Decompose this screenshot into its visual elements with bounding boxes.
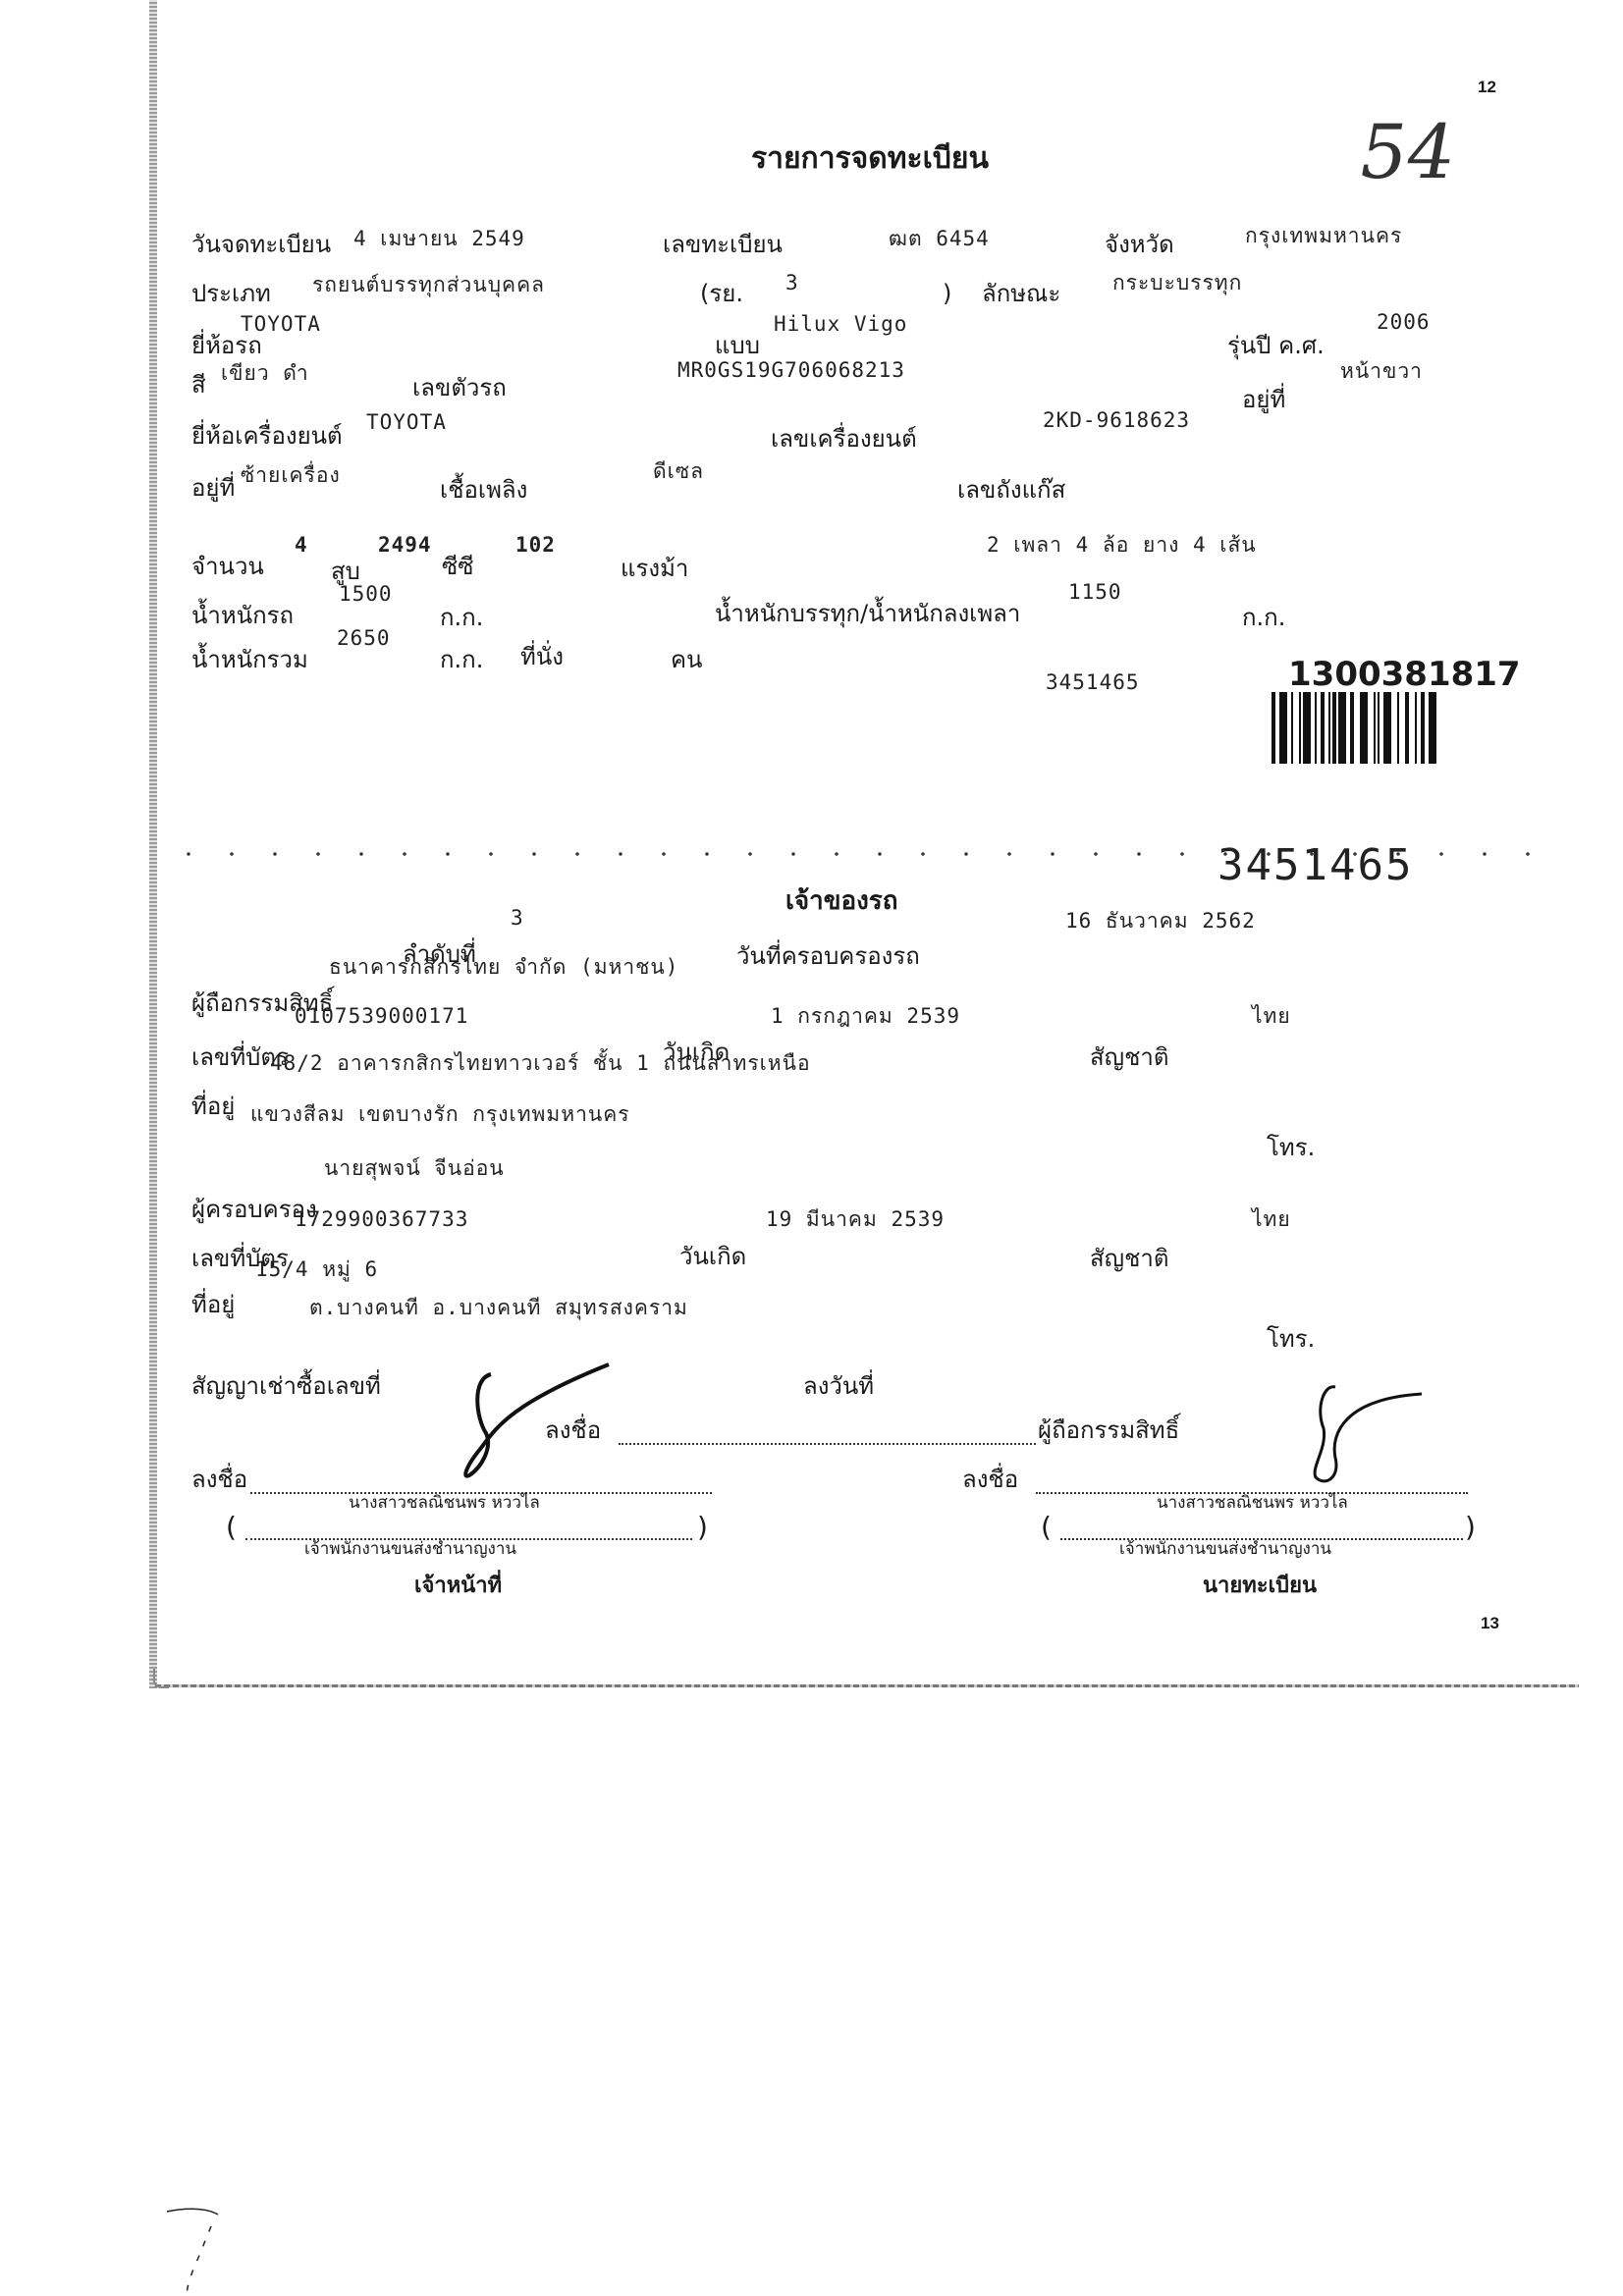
page-corner: [153, 1669, 169, 1688]
rights-holder-value: ธนาคารกสิกรไทย จำกัด (มหาชน): [329, 957, 678, 978]
barcode-bar: [1429, 692, 1436, 764]
gas-tank-label: เลขถังแก๊ส: [957, 478, 1065, 502]
contract-label: สัญญาเช่าซื้อเลขที่: [191, 1374, 381, 1398]
cc-value: 2494: [378, 535, 432, 556]
sign-label: ลงชื่อ: [545, 1418, 601, 1442]
stray-pen-mark: [157, 2199, 236, 2296]
barcode-bar: [1415, 692, 1417, 764]
cylinders-unit: สูบ: [331, 560, 360, 583]
cylinders-label: จำนวน: [191, 555, 264, 578]
barcode-bar: [1360, 692, 1368, 764]
barcode-bar: [1405, 692, 1409, 764]
barcode-bar: [1378, 692, 1380, 764]
officer-role: เจ้าหน้าที่: [414, 1575, 502, 1597]
order-value: 3: [511, 908, 524, 929]
ps-birth-value: 19 มีนาคม 2539: [766, 1209, 945, 1230]
barcode-bar: [1321, 692, 1325, 764]
rh-address-line2: แขวงสีลม เขตบางรัก กรุงเทพมหานคร: [250, 1104, 630, 1125]
sign-date-label: ลงวันที่: [803, 1374, 874, 1398]
officer-name: นางสาวชลณิชนพร หววไล: [349, 1495, 540, 1512]
rh-nationality-label: สัญชาติ: [1090, 1045, 1168, 1069]
engine-no-label: เลขเครื่องยนต์: [771, 427, 917, 451]
engine-brand-label: ยี่ห้อเครื่องยนต์: [191, 424, 343, 448]
serial-small: 3451465: [1046, 672, 1140, 693]
reg-no-label: เลขทะเบียน: [663, 233, 783, 256]
rh-address-line1: 48/2 อาคารกสิกรไทยทาวเวอร์ ชั้น 1 ถนนสาท…: [270, 1053, 811, 1074]
chassis-label: เลขตัวรถ: [412, 376, 507, 400]
possession-date-label: วันที่ครอบครองรถ: [736, 944, 920, 968]
barcode-bar: [1332, 692, 1336, 764]
model-value: Hilux Vigo: [774, 314, 907, 335]
weight-label: น้ำหนักรถ: [191, 604, 294, 627]
engine-no-value: 2KD-9618623: [1043, 410, 1190, 431]
engine-location-value: ซ้ายเครื่อง: [241, 465, 341, 486]
registrar-paren-close: ): [1465, 1514, 1476, 1541]
possession-date-value: 16 ธันวาคม 2562: [1065, 911, 1256, 932]
weight-value: 1500: [339, 584, 393, 605]
ps-id-value: 1729900367733: [295, 1209, 468, 1230]
registrar-position: เจ้าพนักงานขนส่งชำนาญงาน: [1119, 1541, 1331, 1558]
reg-no-value: ฒต 6454: [889, 229, 990, 249]
registrar-role: นายทะเบียน: [1203, 1575, 1317, 1597]
barcode-bar: [1338, 692, 1346, 764]
sign-line: [619, 1443, 1036, 1445]
chassis-value: MR0GS19G706068213: [677, 360, 905, 381]
barcode-bar: [1350, 692, 1354, 764]
owner-heading: เจ้าของรถ: [785, 888, 898, 914]
reg-date-value: 4 เมษายน 2549: [353, 229, 525, 249]
hp-unit: แรงม้า: [621, 557, 688, 580]
handwritten-page-mark: 54: [1352, 108, 1462, 195]
seats-label: ที่นั่ง: [520, 645, 564, 668]
color-value: เขียว ดำ: [221, 363, 309, 384]
ps-nationality-value: ไทย: [1252, 1209, 1291, 1230]
gross-label: น้ำหนักรวม: [191, 648, 308, 671]
reg-date-label: วันจดทะเบียน: [191, 233, 331, 256]
officer-sign-label: ลงชื่อ: [191, 1468, 247, 1491]
style-label: ลักษณะ: [982, 282, 1060, 305]
serial-large: 3451465: [1217, 844, 1413, 887]
barcode-bar: [1374, 692, 1376, 764]
fuel-label: เชื้อเพลิง: [440, 478, 527, 502]
load-value: 1150: [1068, 582, 1122, 603]
type-value: รถยนต์บรรทุกส่วนบุคคล: [312, 275, 545, 295]
officer-paren-close: ): [697, 1514, 708, 1541]
barcode-bar: [1315, 692, 1317, 764]
type-code-value: 3: [785, 273, 799, 294]
brand-value: TOYOTA: [241, 314, 321, 335]
load-label: น้ำหนักบรรทุก/น้ำหนักลงเพลา: [715, 602, 1020, 625]
rh-phone-label: โทร.: [1267, 1136, 1315, 1159]
ps-address-line1: 15/4 หมู่ 6: [255, 1259, 378, 1280]
barcode-bar: [1303, 692, 1311, 764]
officer-position: เจ้าพนักงานขนส่งชำนาญงาน: [304, 1541, 516, 1558]
ps-address-line2: ต.บางคนที อ.บางคนที สมุทรสงคราม: [309, 1298, 688, 1318]
engine-location-label: อยู่ที่: [191, 476, 235, 500]
province-value: กรุงเทพมหานคร: [1245, 226, 1402, 246]
barcode-bar: [1299, 692, 1301, 764]
gross-unit: ก.ก.: [440, 648, 483, 671]
ps-phone-label: โทร.: [1267, 1327, 1315, 1351]
chassis-location-label: อยู่ที่: [1242, 388, 1285, 411]
rh-address-label: ที่อยู่: [191, 1095, 235, 1118]
barcode-bar: [1291, 692, 1293, 764]
weight-unit: ก.ก.: [440, 606, 483, 629]
rh-birth-value: 1 กรกฎาคม 2539: [771, 1006, 960, 1027]
signature-right: [1306, 1379, 1434, 1487]
fuel-value: ดีเซล: [653, 461, 704, 482]
seats-unit: คน: [671, 648, 702, 671]
province-label: จังหวัด: [1105, 233, 1174, 256]
color-label: สี: [191, 373, 206, 397]
model-year-label: รุ่นปี ค.ศ.: [1227, 334, 1325, 357]
page-number-bottom: 13: [1481, 1615, 1499, 1631]
type-label: ประเภท: [191, 282, 271, 305]
style-value: กระบะบรรทุก: [1112, 273, 1242, 294]
chassis-location-value: หน้าขวา: [1340, 361, 1423, 382]
officer-paren-open: (: [226, 1514, 237, 1541]
cylinders-value: 4: [295, 535, 308, 556]
possessor-value: นายสุพจน์ จีนอ่อน: [324, 1158, 505, 1179]
rh-id-value: 0107539000171: [295, 1006, 468, 1027]
model-year-value: 2006: [1377, 312, 1431, 333]
page-title: รายการจดทะเบียน: [751, 144, 989, 174]
barcode-bar: [1328, 692, 1330, 764]
registrar-paren-open: (: [1041, 1514, 1052, 1541]
gross-value: 2650: [337, 628, 391, 649]
registrar-sign-label: ลงชื่อ: [962, 1468, 1018, 1491]
page-number-top: 12: [1478, 79, 1496, 95]
barcode-bar: [1383, 692, 1391, 764]
barcode-bar: [1279, 692, 1287, 764]
model-label: แบบ: [715, 334, 760, 357]
registrar-name: นางสาวชลณิชนพร หววไล: [1157, 1495, 1348, 1512]
cc-unit: ซีซี: [442, 555, 474, 578]
ps-birth-label: วันเกิด: [679, 1245, 746, 1268]
axles-wheels: 2 เพลา 4 ล้อ ยาง 4 เส้น: [987, 535, 1257, 556]
barcode-bar: [1271, 692, 1275, 764]
barcode: [1271, 692, 1546, 764]
engine-brand-value: TOYOTA: [366, 412, 447, 433]
page-edge-bottom: [155, 1684, 1579, 1687]
page-edge-left: [149, 0, 157, 1688]
ps-nationality-label: สัญชาติ: [1090, 1247, 1168, 1270]
barcode-bar: [1421, 692, 1425, 764]
rh-nationality-value: ไทย: [1252, 1006, 1291, 1027]
barcode-bar: [1397, 692, 1399, 764]
hp-value: 102: [515, 535, 556, 556]
type-code-close: ): [943, 282, 951, 305]
rights-holder-sign-suffix: ผู้ถือกรรมสิทธิ์: [1038, 1418, 1179, 1442]
brand-label: ยี่ห้อรถ: [191, 334, 262, 357]
type-code-open: (รย.: [700, 282, 743, 305]
ps-address-label: ที่อยู่: [191, 1293, 235, 1316]
load-unit: ก.ก.: [1242, 606, 1285, 629]
barcode-number: 1300381817: [1288, 658, 1521, 691]
